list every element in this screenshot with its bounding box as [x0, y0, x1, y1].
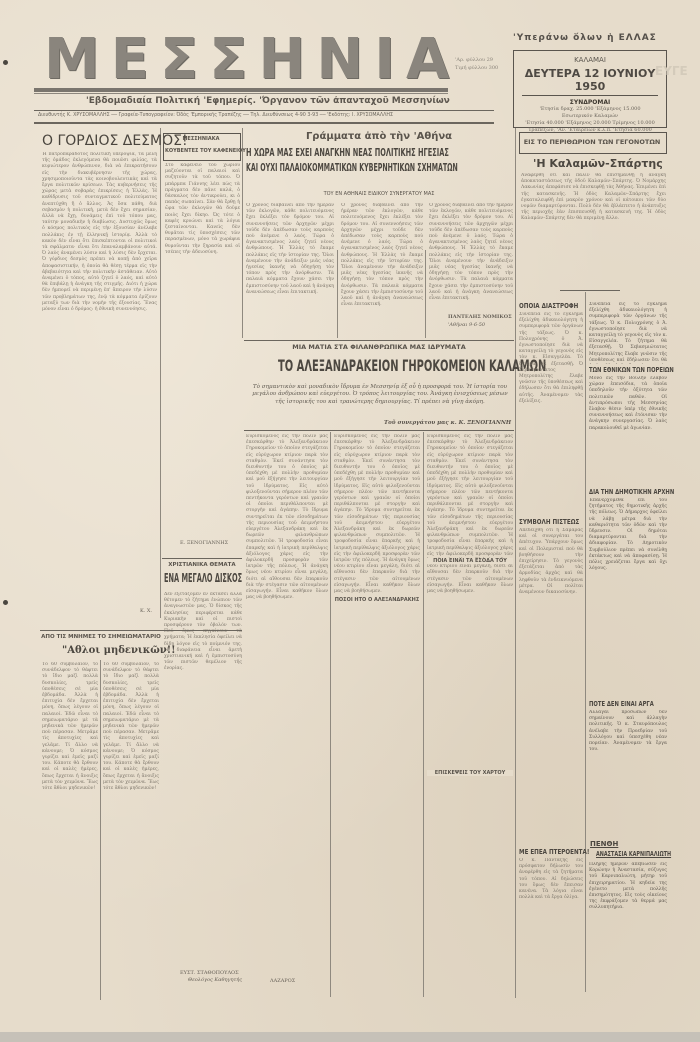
headline-obituary: ΑΝΑΣΤΑΣΙΑ ΚΑΡΝΙΠΑΛΙΩΤΗ: [596, 850, 671, 858]
rate-line: 'Ετησία δραχ. 25.000 'Εξάμηνος 15.000: [514, 106, 666, 113]
issue-date: ΔΕΥΤΕΡΑ 12 ΙΟΥΝΙΟΥ 1950: [522, 67, 658, 96]
column-rule: [425, 250, 426, 338]
column-rule: [100, 660, 101, 1000]
divider: [244, 340, 514, 341]
kicker-christianika: ΧΡΙΣΤΙΑΝΙΚΑ ΘΕΜΑΤΑ: [162, 562, 242, 568]
divider: [34, 110, 494, 111]
staff-line: Διευθυντής Κ. ΧΡΥΣΟΜΑΛΛΗΣ ── Γραφεία-Τυπ…: [38, 113, 494, 118]
article-body-athens-col1: Ὁ χρόνος διαβαίνει ἀπὸ τὴν ἡμέραν τῶν ἐκ…: [246, 203, 334, 333]
byline-gerokomeion: Τοῦ συνεργάτου μας κ. Κ. ΞΕΝΟΓΙΑΝΝΗ: [384, 420, 511, 426]
article-body-obituary: Πλήρης ἡμερῶν ἀπεβίωσεν εἰς Κορώνην ἡ Ἀν…: [589, 862, 667, 992]
faded-stamp: ΕΥΓΕ: [655, 64, 688, 78]
column-rule: [337, 250, 338, 338]
deck-gerokomeion: Τὸ σημαντικὸν καὶ μοναδικὸν ἵδρυμα ἐν Με…: [250, 384, 510, 406]
headline-periphery: 'Η Καλαμῶν-Σπάρτης: [533, 157, 663, 170]
date-box: ΚΑΛΑΜΑΙ ΔΕΥΤΕΡΑ 12 ΙΟΥΝΙΟΥ 1950 ΣΥΝΔΡΟΜΑ…: [513, 50, 667, 128]
city: ΚΑΛΑΜΑΙ: [514, 56, 666, 64]
masthead-rule: [34, 88, 448, 92]
headline-athens-line1: Η ΧΩΡΑ ΜΑΣ ΕΧΕΙ ΑΝΑΓΚΗΝ ΝΕΑΣ ΠΟΛΙΤΙΚΗΣ Η…: [246, 147, 511, 159]
kicker-obituary: ΠΕΝΘΗ: [590, 840, 618, 848]
headline-christianika: ΕΝΑ ΜΕΓΑΛΟ ΔΙΣΚΟΣ: [164, 571, 242, 585]
rate-line: Εσωτερικόν Καλαμών: [514, 113, 666, 120]
column-rule: [515, 128, 516, 998]
divider: [34, 122, 494, 124]
headline-athloi: "Αθλοι μηδενικῶν!!: [62, 645, 176, 656]
article-body-gerokomeion-col2: Εὑρισκόμενος εἰς τὴν πόλιν μας ἐπεσκέφθη…: [334, 434, 420, 994]
subscription-rates: 'Ετησία δραχ. 25.000 'Εξάμηνος 15.000 Εσ…: [514, 106, 666, 134]
column-rule: [330, 432, 331, 997]
scan-margin: [0, 1032, 700, 1042]
periphery-box-title: ΕΙΣ ΤΟ ΠΕΡΙΘΩΡΙΟΝ ΤΩΝ ΓΕΓΟΝΟΤΩΝ: [521, 138, 663, 146]
kicker-athloi: ΑΠΟ ΤΙΣ ΜΝΗΜΕΣ ΤΟ ΣΗΜΕΙΩΜΑΤΑΡΙΟ: [40, 634, 162, 640]
article-body-gerokomeion-col1: Εὑρισκόμενος εἰς τὴν πόλιν μας ἐπεσκέφθη…: [246, 434, 328, 974]
column-rule: [585, 292, 586, 992]
article-body-gerokomeion-col3: Εὑρισκόμενος εἰς τὴν πόλιν μας ἐπεσκέφθη…: [427, 434, 513, 994]
headline-athens-line2: ΚΑΙ ΟΥΧΙ ΠΑΛΑΙΟΚΟΜΜΑΤΙΚΩΝ ΚΥΒΕΡΝΗΤΙΚΩΝ Σ…: [246, 162, 458, 174]
headline-short-1: ΟΠΟΙΑ ΔΙΑΣΤΡΟΦΗ: [519, 302, 578, 310]
divider: [40, 630, 242, 631]
column-rule: [423, 432, 424, 997]
article-body-athens-col3: Ὁ χρόνος διαβαίνει ἀπὸ τὴν ἡμέραν τῶν ἐκ…: [429, 203, 513, 311]
divider: [560, 290, 620, 291]
dateline-athens: 'Αθῆναι 9-6-50: [448, 322, 485, 328]
headline-short-5: ΠΟΤΕ ΔΕΝ ΕΙΝΑΙ ΑΡΓΑ: [589, 700, 654, 708]
kicker-messiniaka: ΜΕΣΣΗΝΙΑΚΑ: [165, 136, 237, 142]
signature-messiniaka: Ε. ΞΕΝΟΓΙΑΝΝΗΣ: [180, 540, 228, 546]
deck-athens: ΤΟΥ ΕΝ ΑΘΗΝΑΙΣ ΕΙΔΙΚΟΥ ΣΥΝΕΡΓΑΤΟΥ ΜΑΣ: [246, 191, 512, 197]
article-body-short-1: Συνέπεια εἰς τὸ ἔγκλημα ἐξελίχθη ἀδικαιο…: [519, 312, 583, 512]
divider: [162, 558, 242, 559]
binding-hole: [3, 60, 8, 65]
masthead-subtitle: 'Εβδομαδιαία Πολιτική 'Εφημερίς. 'Όργανο…: [86, 96, 486, 106]
headline-short-6: ΜΕ ΕΠΕΑ ΠΤΕΡΟΕΝΤΑ!: [519, 848, 589, 856]
article-body-short-4: Ἀπεδείχθη ὅτι ἡ Σαμαράς καὶ οἱ συνεργάτα…: [519, 528, 583, 838]
newspaper-page: ΜΕΣΣΗΝΙΑ 'Εβδομαδιαία Πολιτική 'Εφημερίς…: [0, 0, 700, 1032]
kicker-athens-letters: Γράμματα ἀπὸ τὴν 'Αθήνα: [246, 131, 512, 142]
column-rule: [160, 128, 161, 618]
article-body-periphery: Ἀναφέρθη ὅτι καὶ πάλιν θὰ ἐπισημάνθῃ ἡ ἀ…: [521, 173, 666, 283]
article-body-messiniaka: Στὸ καφενεῖο τοῦ χωριοῦ μαζεύονται οἱ πα…: [165, 163, 240, 533]
article-body-gordios: Ἡ πατροπαράδοτος πολιτική ὑπεροψία, τὰ μ…: [42, 152, 157, 612]
subhead-gerokomeion: ΠΟΣΟΙ ΗΤΟ Ο ΑΛΕΞΑΝΔΡΑΚΗΣ: [334, 597, 420, 603]
rate-line: 'Ετησία 40.000 'Εξάμηνος 20.000 Τρίμηνος…: [514, 120, 666, 127]
binding-hole: [3, 600, 8, 605]
subhead-gerokomeion: ΕΠΙΣΚΕΨΕΙΣ ΤΟΥ ΧΑΡΤΟΥ: [427, 770, 513, 776]
column-rule: [242, 128, 243, 338]
signature-gordios: Κ. Χ.: [140, 608, 152, 614]
article-body-short-3: Ἐπανερχόμεθα ἐπὶ τοῦ ζητήματος τῆς δημοτ…: [589, 498, 667, 708]
article-body-christianika: Δὲν ἐξετάζομεν ἐν ἐκτάσει ἀλλὰ θέτομεν τ…: [164, 592, 242, 962]
headline-short-2: ΤΩΝ ΕΘΝΙΚΩΝ ΤΩΝ ΠΟΡΕΙΩΝ: [589, 366, 674, 374]
divider: [244, 430, 514, 431]
issue-info: 'Αρ. φύλλου 29 Τιμή φύλλου 300: [455, 56, 498, 72]
masthead-motto: 'Υπεράνω ὅλων ἡ ΕΛΛΑΣ: [513, 33, 657, 43]
article-body-athens-col2: Ὁ χρόνος διαβαίνει ἀπὸ τὴν ἡμέραν τῶν ἐκ…: [341, 203, 423, 333]
signature-christianika: ΕΥΣΤ. ΣΤΑΘΟΠΟΥΛΟΣ: [180, 970, 239, 976]
article-body-athloi-col2: Τὸ 60 συμβόλαιον, τὸ συνάδελφον τὸ θάφτε…: [103, 662, 159, 962]
signature-athens: ΠΑΝΤΕΛΗΣ ΝΟΜΙΚΟΣ: [448, 314, 512, 320]
signature-title-christianika: Θεολόγος Καθηγητής: [188, 977, 242, 983]
headline-short-4: ΣΥΜΒΟΛΗ ΠΙΣΤΕΩΣ: [519, 518, 579, 526]
masthead-rule-thin: [34, 93, 448, 94]
masthead-title: ΜΕΣΣΗΝΙΑ: [44, 30, 448, 90]
article-body-athloi-col1: Τὸ 60 συμβόλαιον, τὸ συνάδελφον τὸ θάφτε…: [42, 662, 98, 992]
article-body-short-5: Ἀλλαγαὶ προσώπων δὲν σημαίνουν καὶ ἀλλαγ…: [589, 710, 667, 830]
article-body-short-2: Μόνο εἰς τὴν Βουλὴν ἔλαβον χώραν ἐπεισόδ…: [589, 376, 667, 486]
issue-price: Τιμή φύλλου 300: [455, 64, 498, 72]
kicker-gerokomeion: ΜΙΑ ΜΑΤΙΑ ΣΤΑ ΦΙΛΑΝΘΡΩΠΙΚΑ ΜΑΣ ΙΔΡΥΜΑΤΑ: [244, 343, 514, 351]
signature-gerokomeion: ΛΑΖΑΡΟΣ: [270, 978, 295, 984]
article-body-short-6: Ὁ κ. Πανταζῆς εἰς πρόσφατον δήλωσίν του …: [519, 858, 583, 993]
subscriptions-label: ΣΥΝΔΡΟΜΑΙ: [514, 99, 666, 106]
headline-short-3: ΔΙΑ ΤΗΝ ΔΗΜΟΤΙΚΗΝ ΑΡΧΗΝ: [589, 488, 674, 496]
article-body-continued: Συνέπεια εἰς τὸ ἔγκλημα ἐξελίχθη ἀδικαιο…: [589, 302, 667, 364]
headline-messiniaka: ΚΟΥΒΕΝΤΕΣ ΤΟΥ ΚΑΦΕΝΕΙΟΥ: [165, 148, 237, 154]
subhead-gerokomeion: ΠΟΙΑ ΕΙΝΑΙ ΤΑ ΕΣΟΔΑ ΤΟΥ: [427, 558, 513, 564]
headline-gerokomeion: ΤΟ ΑΛΕΞΑΝΔΡΑΚΕΙΟΝ ΓΗΡΟΚΟΜΕΙΟΝ ΚΑΛΑΜΩΝ: [278, 356, 546, 375]
issue-number: 'Αρ. φύλλου 29: [455, 56, 498, 64]
